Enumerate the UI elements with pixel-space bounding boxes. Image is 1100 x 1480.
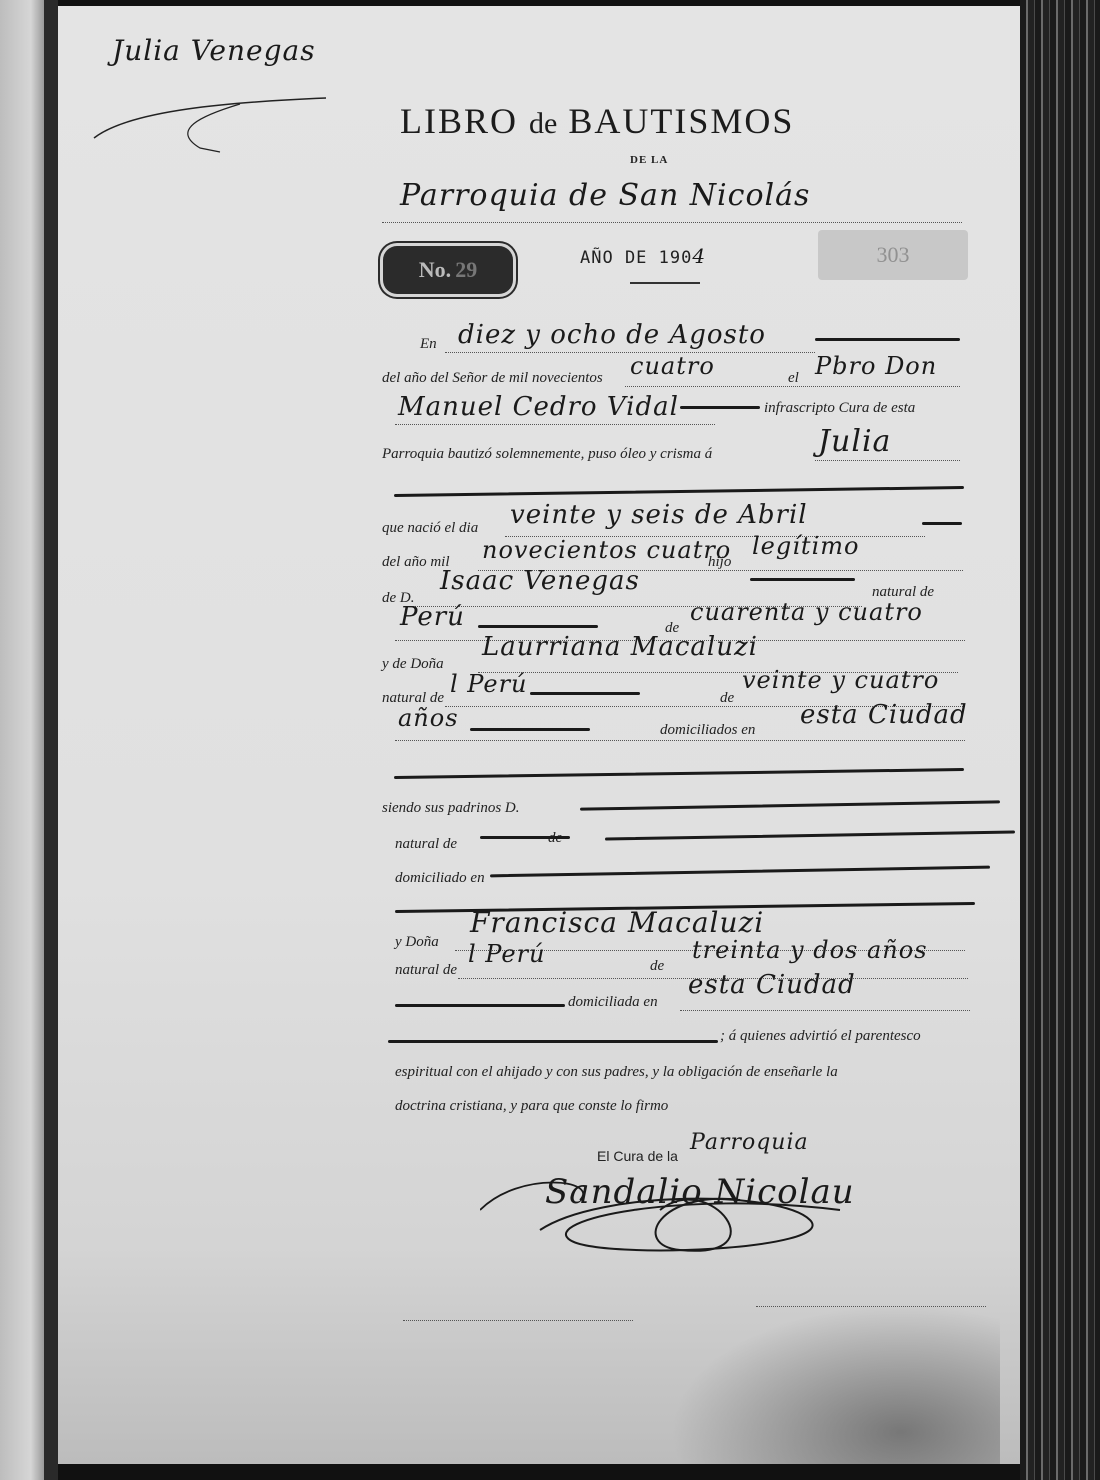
label-godmother-natural-de: natural de	[395, 962, 457, 979]
fill-stroke	[680, 406, 760, 409]
value-baptism-date: diez y ocho de Agosto	[458, 320, 766, 350]
closing-text-2: espiritual con el ahijado y con sus padr…	[395, 1064, 838, 1081]
label-domiciliada-en: domiciliada en	[568, 994, 658, 1011]
label-infrascripto: infrascripto Cura de esta	[764, 400, 915, 417]
fill-stroke	[815, 338, 960, 341]
water-stain	[670, 1304, 1000, 1464]
parish-name-handwritten: Parroquia de San Nicolás	[400, 178, 810, 213]
label-en: En	[420, 336, 437, 353]
label-domiciliados-en: domiciliados en	[660, 722, 755, 739]
dotted-line	[395, 740, 965, 741]
fill-stroke	[750, 578, 855, 581]
divider-ornament	[630, 282, 700, 284]
value-godmother-origin: l Perú	[468, 940, 546, 968]
page-subtitle: DE LA	[630, 154, 668, 166]
value-father-name: Isaac Venegas	[440, 566, 640, 596]
page-title: LIBRO de BAUTISMOS	[400, 100, 794, 142]
label-nacio-el-dia: que nació el dia	[382, 520, 478, 537]
label-padrinos: siendo sus padrinos D.	[382, 800, 520, 817]
value-birth-year: novecientos cuatro	[482, 536, 731, 564]
fill-stroke	[395, 1004, 565, 1007]
title-word-bautismos: BAUTISMOS	[568, 101, 794, 141]
value-baptized-name: Julia	[818, 424, 891, 459]
entry-number-plate: No. 29	[383, 246, 513, 294]
faint-stamp: 303	[818, 230, 968, 280]
value-officiant-title: Pbro Don	[815, 352, 937, 380]
value-mother-name: Laurriana Macaluzi	[482, 632, 758, 662]
fill-stroke	[922, 522, 962, 525]
left-facing-page-edge	[0, 0, 44, 1480]
value-legitimacy: legítimo	[752, 532, 859, 560]
label-domiciliado-en: domiciliado en	[395, 870, 485, 887]
bottom-dotted-line-left	[403, 1320, 633, 1321]
value-anos: años	[398, 704, 459, 732]
value-godmother-residence: esta Ciudad	[688, 970, 856, 1000]
struck-blank-line	[388, 1040, 718, 1043]
label-godmother-de-age: de	[650, 958, 664, 975]
value-godmother-age: treinta y dos años	[692, 936, 928, 964]
label-bautizo: Parroquia bautizó solemnemente, puso óle…	[382, 446, 712, 463]
book-gutter	[44, 0, 58, 1480]
margin-note-name: Julia Venegas	[112, 34, 316, 67]
entry-number: 29	[455, 257, 477, 283]
closing-text-1: ; á quienes advirtió el parentesco	[720, 1028, 921, 1045]
label-el: el	[788, 370, 799, 387]
title-word-de: de	[529, 107, 557, 140]
label-godfather-natural-de: natural de	[395, 836, 457, 853]
fill-stroke	[478, 625, 598, 628]
value-mother-origin: l Perú	[450, 670, 528, 698]
value-officiant-name: Manuel Cedro Vidal	[398, 392, 679, 422]
signature-flourish	[480, 1150, 1000, 1260]
label-hijo: hijo	[708, 554, 731, 571]
year-handwritten-digit: 4	[692, 244, 706, 268]
margin-note-flourish	[90, 90, 330, 160]
value-mother-age: veinte y cuatro	[742, 666, 939, 694]
dotted-line	[395, 424, 715, 425]
label-mother-de-age: de	[720, 690, 734, 707]
value-year-word: cuatro	[630, 352, 715, 380]
value-parents-residence: esta Ciudad	[800, 700, 968, 730]
closing-text-3: doctrina cristiana, y para que conste lo…	[395, 1098, 668, 1115]
dotted-line	[680, 1010, 970, 1011]
fill-stroke	[530, 692, 640, 695]
label-godmother-dona: y Doña	[395, 934, 439, 951]
fill-stroke	[470, 728, 590, 731]
label-year-of-lord: del año del Señor de mil novecientos	[382, 370, 603, 387]
dotted-line	[815, 460, 960, 461]
dotted-line	[625, 386, 960, 387]
title-word-libro: LIBRO	[400, 101, 518, 141]
book-page-edges	[1020, 0, 1100, 1480]
value-birth-date: veinte y seis de Abril	[510, 500, 808, 530]
year-printed: AÑO DE 190	[580, 248, 692, 268]
fill-stroke	[480, 836, 570, 839]
value-father-origin: Perú	[400, 602, 465, 632]
number-label: No.	[419, 257, 451, 283]
value-father-age: cuarenta y cuatro	[690, 598, 923, 626]
bottom-dotted-line-right	[756, 1306, 986, 1307]
value-godmother-name: Francisca Macaluzi	[470, 906, 764, 939]
label-y-de-dona: y de Doña	[382, 656, 444, 673]
year-label: AÑO DE 1904	[580, 244, 706, 268]
parish-dotted-line	[382, 222, 962, 223]
